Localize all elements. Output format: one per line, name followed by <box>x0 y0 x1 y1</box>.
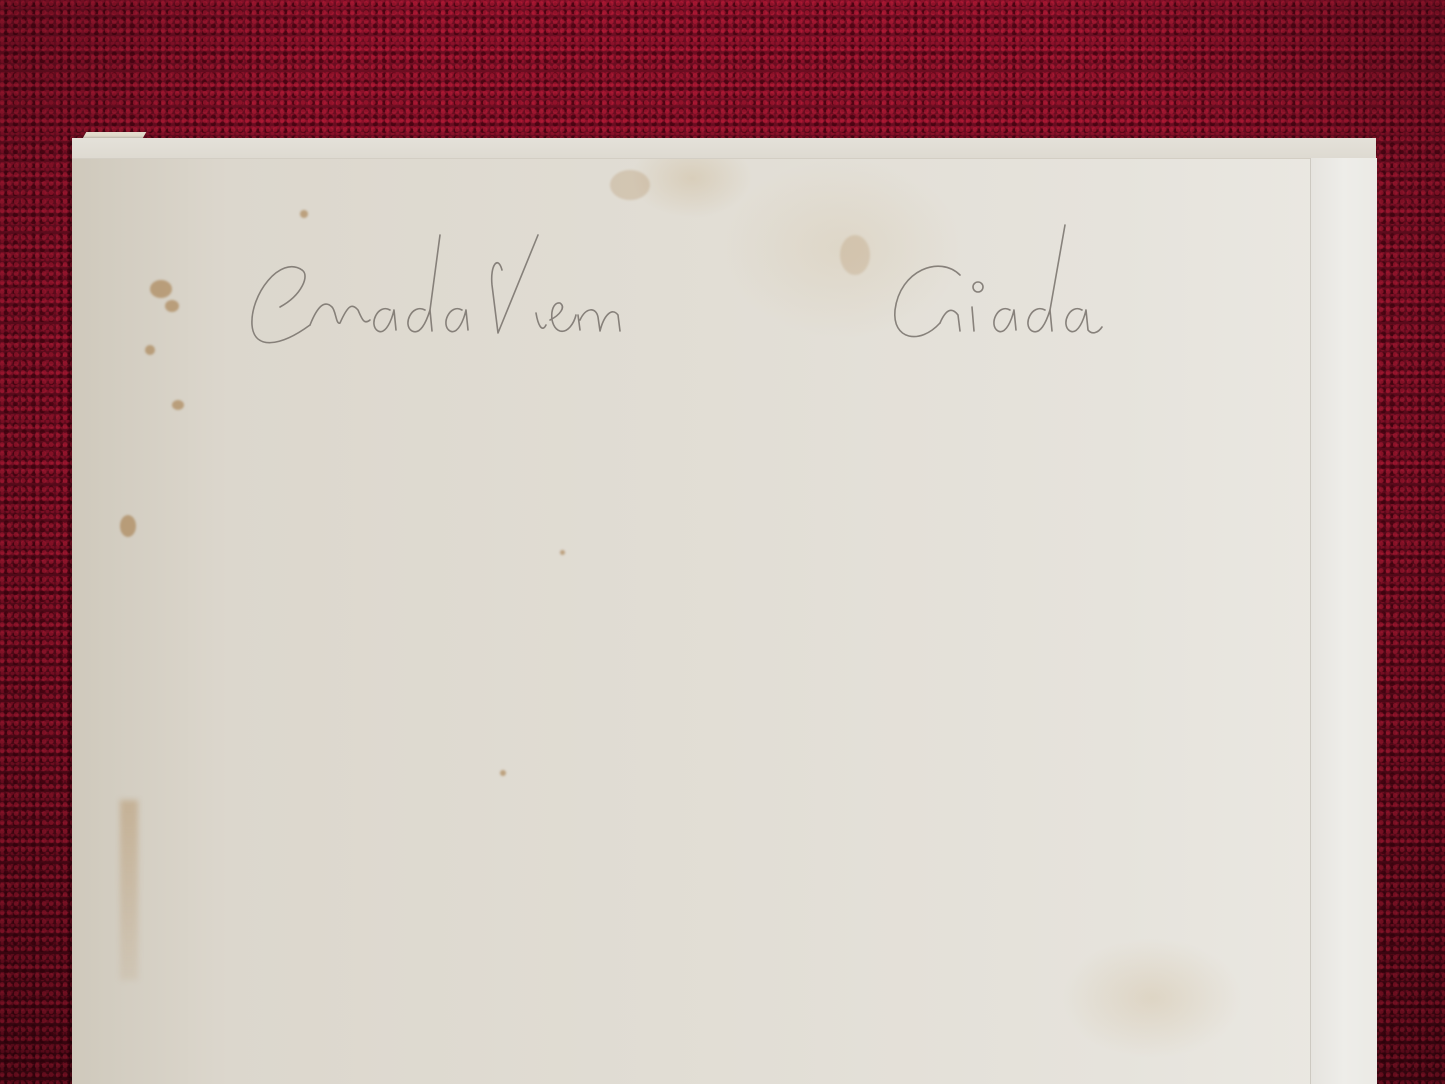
paper-top-fold <box>72 138 1376 159</box>
pencil-inscription: Criada Vien Criada <box>240 215 1180 355</box>
foxing-stain <box>560 550 565 555</box>
edge-stain <box>120 800 138 980</box>
foxing-stain <box>145 345 155 355</box>
foxing-stain <box>610 170 650 200</box>
foxing-stain <box>150 280 172 298</box>
foxing-stain <box>165 300 179 312</box>
photo-scene: Criada Vien Criada <box>0 0 1445 1084</box>
inscription-text: Criada Vien Criada <box>240 215 1180 355</box>
foxing-stain <box>120 515 136 537</box>
foxing-stain <box>172 400 184 410</box>
foxing-stain <box>500 770 506 776</box>
paper-right-flap <box>1310 158 1377 1084</box>
